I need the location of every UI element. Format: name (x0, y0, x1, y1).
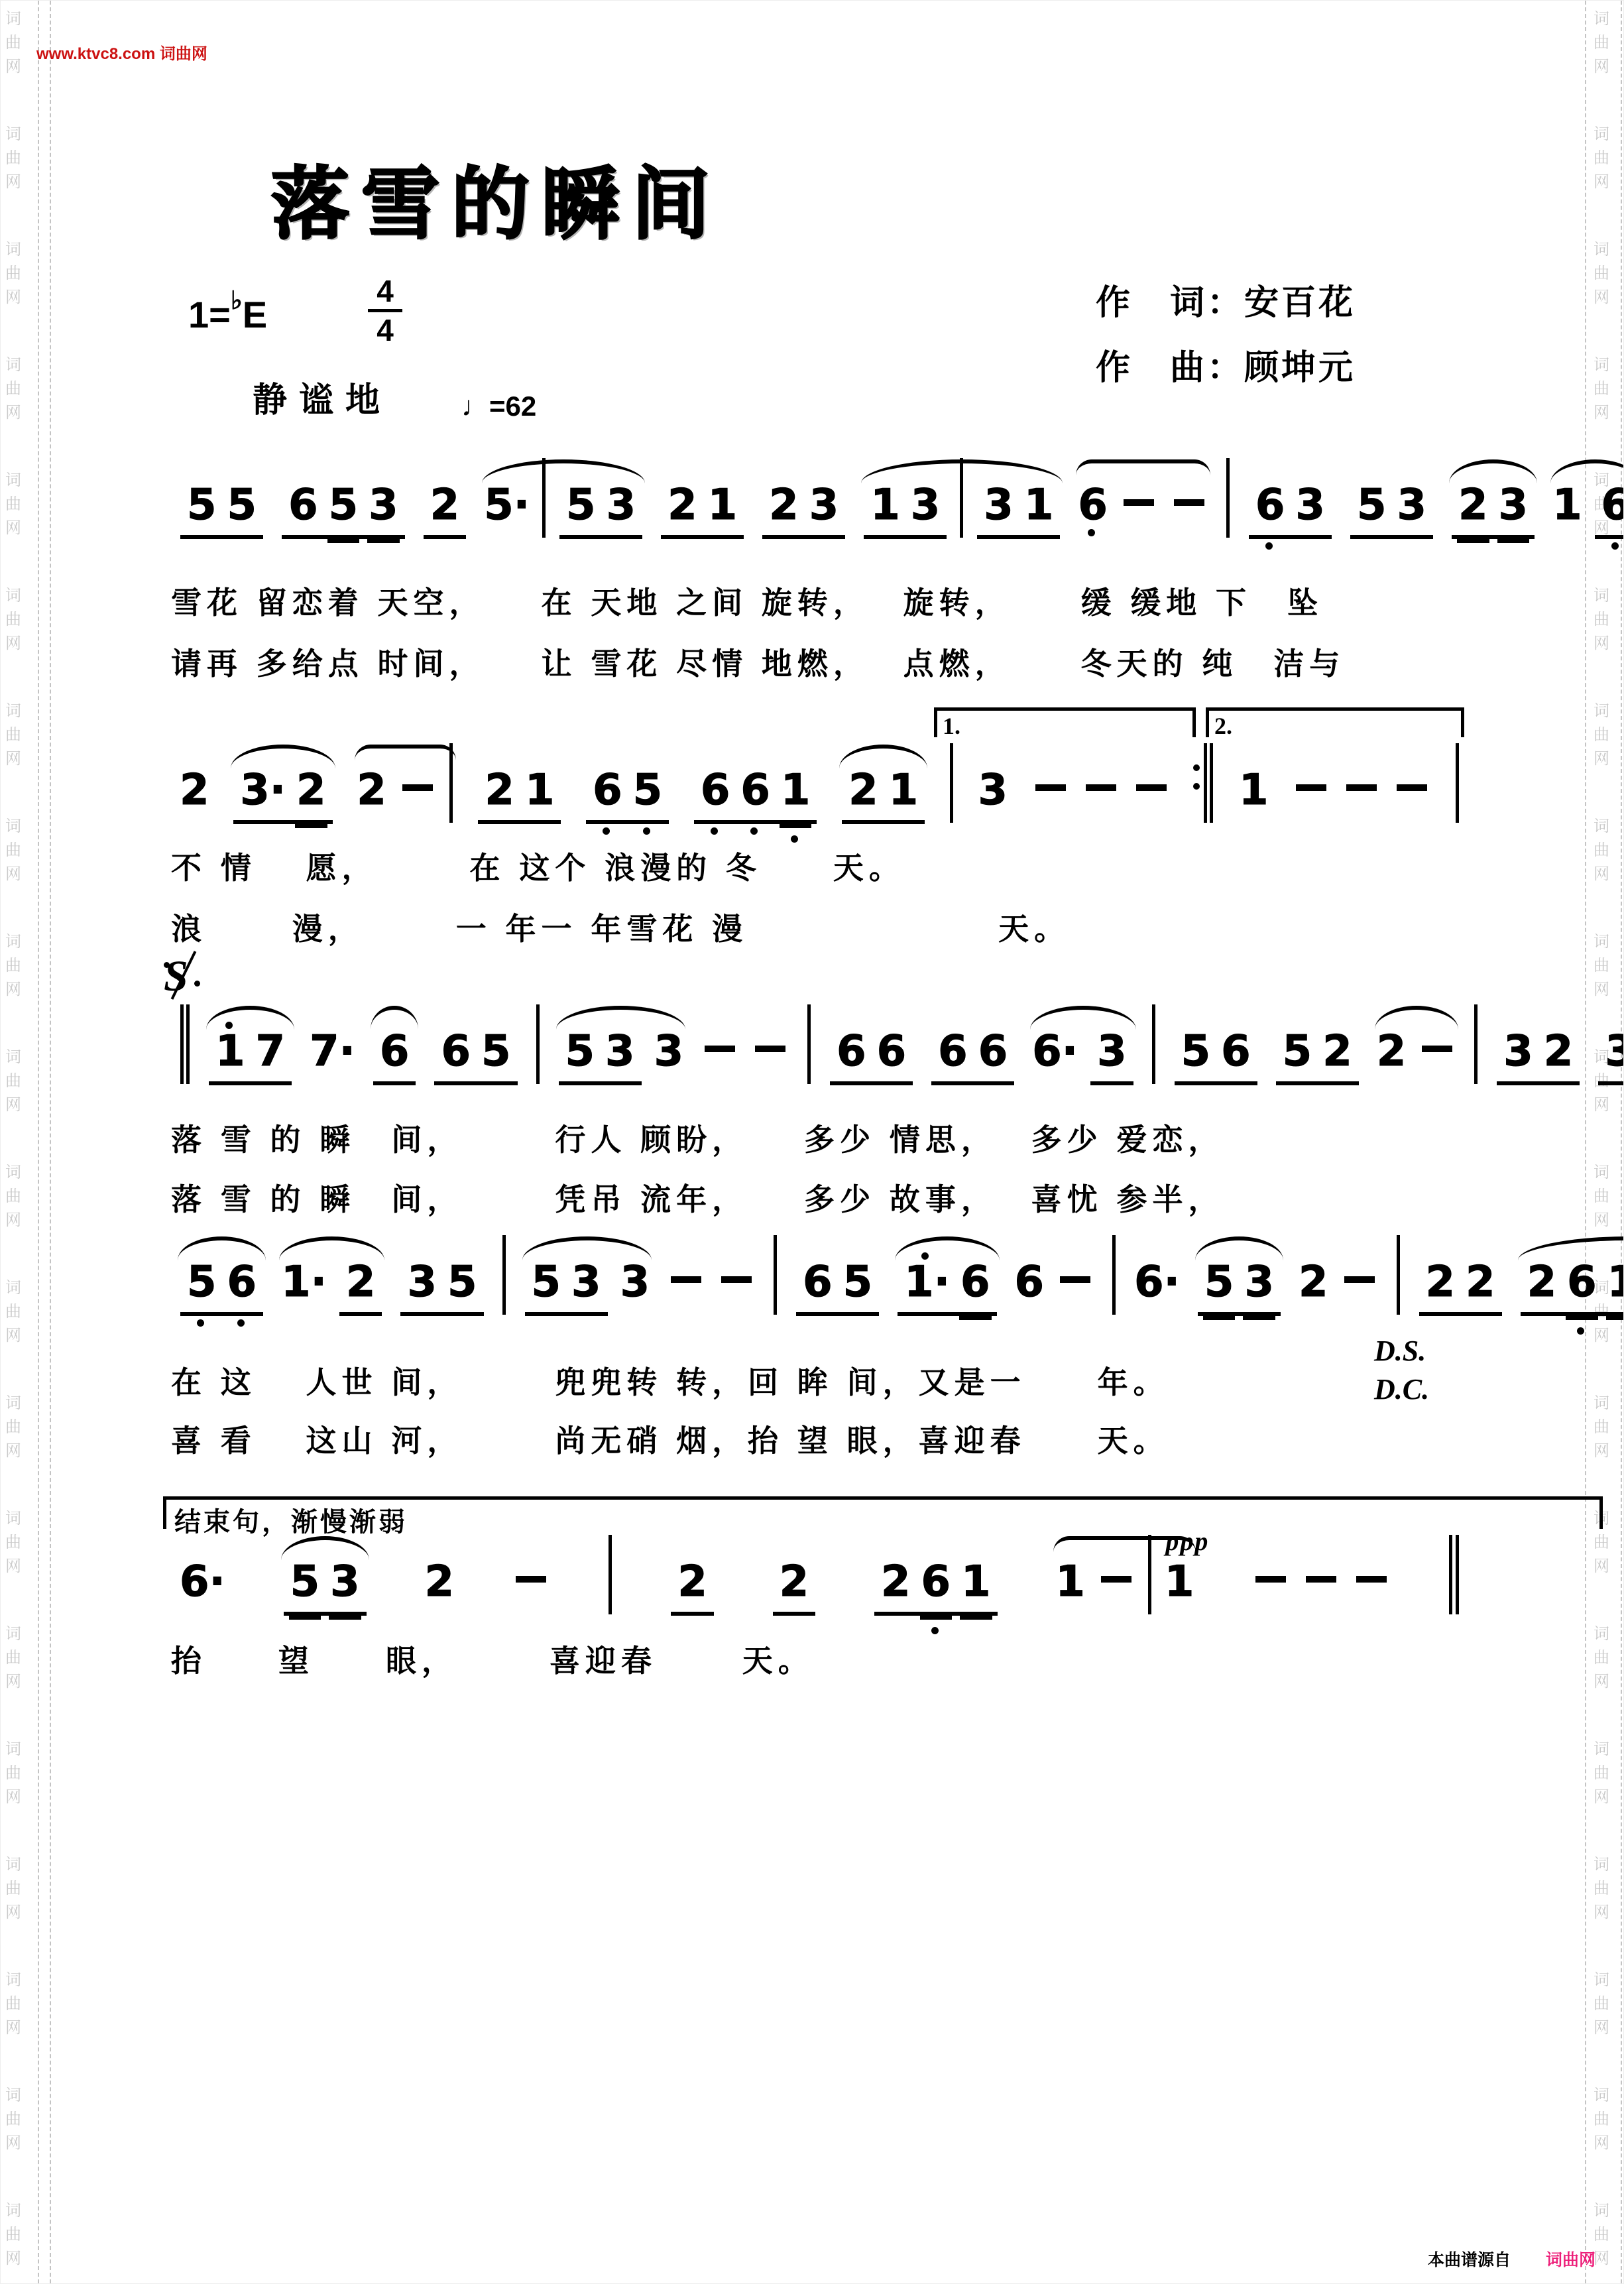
music-line-5: 6·53222261ppp11 (171, 1560, 1469, 1616)
note-group: 2 (766, 1560, 823, 1616)
slur-arc (556, 1006, 686, 1030)
barline-single (542, 516, 546, 519)
note: 2 (780, 1560, 809, 1604)
barline-single (1112, 1293, 1116, 1296)
note: 5 (481, 1030, 511, 1073)
note-group: 35 (1592, 1030, 1624, 1085)
slur-arc (206, 1006, 294, 1030)
barline-single (774, 1293, 778, 1296)
lyrics-line-2-verse-1: 不 情 愿， 在 这个 浪漫的 冬 天。 (171, 844, 1576, 888)
slur-arc (281, 1536, 369, 1560)
watermark-group: 词曲网 (5, 1392, 21, 1463)
beam-cluster: 21 (842, 768, 925, 824)
watermark-char: 曲 (1594, 2223, 1609, 2247)
note-group: 5·53 (478, 483, 649, 539)
note: 5 (187, 483, 217, 527)
watermark-char: 词 (5, 1968, 21, 1992)
watermark-group: 词曲网 (5, 123, 21, 194)
watermark-char: 曲 (5, 608, 21, 632)
note: 3 (809, 483, 839, 527)
beam-cluster: 661 (694, 768, 817, 824)
note-group: 1 (1233, 768, 1275, 812)
watermark-char: 词 (5, 584, 21, 608)
watermark-char: 网 (5, 1209, 21, 1232)
watermark-group: 词曲网 (5, 1161, 21, 1232)
beam-cluster: 56 (1175, 1030, 1257, 1085)
duration-dash (402, 803, 433, 804)
key-signature: 1=♭E (188, 286, 267, 336)
barline-single (950, 802, 954, 804)
watermark-char: 网 (1594, 1439, 1609, 1463)
sixteenth-beam (1457, 539, 1489, 543)
watermark-group: 词曲网 (1594, 584, 1609, 656)
note: 2 (1377, 1030, 1407, 1073)
note: 3 (1097, 1030, 1127, 1073)
note-group: 23 (756, 483, 852, 539)
note: 3 (607, 483, 636, 527)
key-prefix: 1= (188, 294, 231, 335)
barline-final (1449, 1593, 1460, 1596)
watermark-group: 词曲网 (5, 353, 21, 425)
note: 3 (1397, 483, 1426, 527)
note: 2 (424, 1560, 454, 1604)
watermark-char: 曲 (1594, 1762, 1609, 1785)
note: 2 (485, 768, 514, 812)
watermark-char: 词 (5, 1507, 21, 1531)
watermark-char: 曲 (1594, 1992, 1609, 2016)
beam-cluster: 653 (282, 483, 405, 539)
footer-attribution: 本曲谱源自 词曲网 (1428, 2247, 1595, 2271)
note: 6· (1032, 1030, 1078, 1073)
watermark-char: 网 (5, 978, 21, 1002)
watermark-group: 词曲网 (1594, 353, 1609, 425)
watermark-column-right: 词曲网词曲网词曲网词曲网词曲网词曲网词曲网词曲网词曲网词曲网词曲网词曲网词曲网词… (1590, 7, 1613, 2283)
watermark-group: 词曲网 (5, 2084, 21, 2155)
note-group: 2 (1371, 1030, 1463, 1073)
note-group (530, 1063, 547, 1065)
slur-arc (522, 1236, 652, 1260)
beam-cluster: 2 (773, 1560, 816, 1616)
watermark-char: 网 (5, 1555, 21, 1579)
watermark-char: 词 (5, 699, 21, 723)
sheet-music-page: 词曲网词曲网词曲网词曲网词曲网词曲网词曲网词曲网词曲网词曲网词曲网词曲网词曲网词… (0, 0, 1624, 2284)
note-group: 63 (1242, 483, 1338, 539)
sixteenth-beam (920, 1616, 953, 1620)
note-group: 16 (1546, 483, 1624, 539)
watermark-char: 曲 (1594, 839, 1609, 863)
watermark-char: 词 (5, 930, 21, 954)
note-group: 22 (1413, 1260, 1509, 1316)
watermark-char: 曲 (5, 493, 21, 516)
watermark-group: 词曲网 (1594, 699, 1609, 771)
watermark-char: 曲 (5, 1531, 21, 1555)
barline-single (1226, 516, 1230, 519)
octave-dot-below (1577, 1327, 1584, 1335)
sixteenth-beam (1203, 1316, 1236, 1320)
watermark-group: 词曲网 (1594, 815, 1609, 886)
watermark-group: 词曲网 (1594, 238, 1609, 310)
note: 2 (881, 1560, 911, 1604)
segno-icon: S (164, 951, 206, 1002)
sixteenth-beam (367, 539, 400, 543)
barline-single (502, 1293, 506, 1296)
watermark-char: 词 (1594, 1738, 1609, 1762)
watermark-char: 曲 (1594, 723, 1609, 747)
watermark-char: 曲 (1594, 1531, 1609, 1555)
watermark-group: 词曲网 (5, 238, 21, 310)
duration-dash (1060, 1295, 1090, 1296)
beam-cluster: 35 (400, 1260, 483, 1316)
volta-bracket-1: 1. (934, 707, 1196, 737)
watermark-char: 曲 (5, 2223, 21, 2247)
octave-dot-above (921, 1252, 929, 1260)
watermark-char: 词 (1594, 2199, 1609, 2223)
note: 2 (180, 768, 209, 812)
note: 2 (667, 483, 697, 527)
duration-dash (1174, 518, 1204, 519)
note: 6 (593, 768, 622, 812)
slur-arc (1449, 459, 1537, 483)
note: 6 (877, 1030, 907, 1073)
music-line-3: 177·66553366666·35652232355 (171, 1030, 1469, 1085)
watermark-group: 词曲网 (1594, 1622, 1609, 1694)
note-group: ppp11 (1049, 1560, 1200, 1604)
octave-dot-below (1611, 542, 1619, 550)
note: 3 (978, 768, 1008, 812)
watermark-char: 网 (5, 55, 21, 79)
sixteenth-beam (329, 1616, 361, 1620)
note: 2 (677, 1560, 707, 1604)
note-group: 2 (174, 768, 215, 812)
watermark-char: 词 (5, 7, 21, 31)
beam-cluster: 65 (586, 768, 669, 824)
note-group: 3·2 (227, 768, 339, 824)
note-group: 65 (428, 1030, 524, 1085)
note: 3 (1295, 483, 1325, 527)
note: 3 (620, 1260, 650, 1304)
note: 1 (889, 768, 919, 812)
note-group: 55 (174, 483, 270, 539)
watermark-char: 曲 (5, 1877, 21, 1901)
note: 5 (227, 483, 257, 527)
note: 6 (227, 1260, 257, 1304)
beam-cluster: 63 (1249, 483, 1332, 539)
note: 5 (1204, 1260, 1234, 1304)
beam-cluster: 261 (874, 1560, 998, 1616)
beam-cluster: 31 (977, 483, 1060, 539)
watermark-group: 词曲网 (1594, 1853, 1609, 1925)
duration-dash (671, 1295, 701, 1296)
duration-dash (1397, 803, 1427, 804)
watermark-group: 词曲网 (5, 815, 21, 886)
watermark-char: 网 (1594, 1324, 1609, 1348)
watermark-group: 词曲网 (1594, 2199, 1609, 2271)
note-group: 2 (418, 1560, 460, 1604)
note-group (695, 1064, 795, 1065)
watermark-group: 词曲网 (5, 1738, 21, 1809)
margin-divider (1621, 1, 1622, 2283)
note: 6 (938, 1030, 968, 1073)
beam-cluster: 32 (1497, 1030, 1580, 1085)
note: 5 (565, 1030, 595, 1073)
watermark-char: 网 (5, 401, 21, 425)
slur-arc (1518, 1236, 1624, 1260)
note: 6 (441, 1030, 471, 1073)
watermark-char: 网 (5, 1670, 21, 1694)
watermark-char: 词 (5, 1161, 21, 1185)
octave-dot-below (603, 827, 610, 835)
note-group: 66 (925, 1030, 1021, 1085)
watermark-char: 曲 (1594, 954, 1609, 978)
note: 1 (1239, 768, 1269, 812)
note: 6 (1601, 483, 1624, 527)
watermark-char: 曲 (5, 1992, 21, 2016)
credits-block: 作 词：安百花 作 曲：顾坤元 (1096, 271, 1356, 401)
barline-single (1474, 1063, 1478, 1065)
watermark-char: 网 (5, 516, 21, 540)
watermark-char: 词 (1594, 1853, 1609, 1877)
duration-dash (1255, 1594, 1286, 1596)
watermark-char: 网 (5, 632, 21, 656)
beam-cluster: 53 (525, 1260, 608, 1316)
watermark-char: 网 (5, 170, 21, 194)
note-group (1220, 516, 1237, 519)
duration-dash (1086, 803, 1116, 804)
barline-single (449, 802, 453, 804)
beam-cluster: 65 (434, 1030, 517, 1085)
note-group: 1331 (857, 483, 1067, 539)
watermark-char: 曲 (5, 2108, 21, 2132)
watermark-char: 网 (1594, 978, 1609, 1002)
margin-divider (50, 1, 51, 2283)
watermark-char: 词 (1594, 2084, 1609, 2108)
watermark-char: 词 (5, 2084, 21, 2108)
beam-cluster: 23 (1452, 483, 1535, 539)
note-group: 53 (1344, 483, 1440, 539)
note: 5 (532, 1260, 561, 1304)
watermark-char: 曲 (5, 839, 21, 863)
watermark-group: 词曲网 (5, 469, 21, 540)
slur-arc (1375, 1006, 1459, 1030)
note: 2 (1544, 1030, 1574, 1073)
note: 3 (1605, 1030, 1624, 1073)
watermark-group: 词曲网 (5, 584, 21, 656)
note: 2 (346, 1260, 376, 1304)
note: 1 (1552, 483, 1582, 527)
duration-dash (1356, 1594, 1387, 1596)
watermark-char: 词 (1594, 353, 1609, 377)
note: 6 (1078, 483, 1108, 527)
note-group: 6 (1009, 1260, 1101, 1304)
footer-brand: 词曲网 (1546, 2251, 1595, 2269)
note: 2 (1426, 1260, 1456, 1304)
note-group (1442, 1593, 1466, 1596)
note: 2 (1466, 1260, 1495, 1304)
note-group: 2 (664, 1560, 721, 1616)
note: 6 (740, 768, 770, 812)
watermark-char: 词 (5, 123, 21, 147)
note-group: 2 (351, 768, 460, 812)
note-group (496, 1293, 513, 1296)
watermark-char: 曲 (5, 377, 21, 401)
note-group: 21 (471, 768, 567, 824)
note-group: 6· (1128, 1260, 1186, 1304)
duration-dash (1136, 803, 1167, 804)
note: 3· (240, 768, 286, 812)
note: 1 (1165, 1560, 1194, 1604)
watermark-char: 网 (5, 747, 21, 771)
duration-dash (1035, 803, 1066, 804)
footer-text: 本曲谱源自 (1428, 2251, 1511, 2269)
watermark-char: 曲 (5, 1762, 21, 1785)
watermark-char: 曲 (5, 1185, 21, 1209)
octave-dot-below (711, 827, 718, 835)
octave-dot-above (225, 1022, 233, 1029)
watermark-char: 曲 (5, 1646, 21, 1670)
watermark-group: 词曲网 (5, 2199, 21, 2271)
note: 2 (1458, 483, 1488, 527)
note-group (801, 1063, 818, 1065)
duration-dash (721, 1295, 752, 1296)
duration-dash (1124, 518, 1154, 519)
note: 2 (1322, 1030, 1352, 1073)
watermark-char: 曲 (1594, 2108, 1609, 2132)
watermark-char: 词 (5, 469, 21, 493)
watermark-group: 词曲网 (5, 1853, 21, 1925)
watermark-char: 曲 (5, 147, 21, 170)
note: 1 (1055, 1560, 1085, 1604)
barline-double (180, 1063, 190, 1065)
note: 6 (288, 483, 318, 527)
watermark-char: 网 (5, 1324, 21, 1348)
note-group: 53 (1191, 1260, 1287, 1316)
note: 2 (848, 768, 878, 812)
watermark-group: 词曲网 (5, 1046, 21, 1117)
note: 3 (911, 483, 941, 527)
beam-cluster: 23 (762, 483, 845, 539)
sixteenth-beam (959, 1316, 992, 1320)
watermark-char: 网 (5, 2016, 21, 2040)
slur-arc (1550, 459, 1624, 483)
watermark-char: 曲 (5, 954, 21, 978)
watermark-char: 词 (1594, 123, 1609, 147)
slur-arc (482, 459, 645, 483)
volta-label-1: 1. (943, 712, 960, 740)
octave-dot-below (237, 1319, 245, 1327)
watermark-char: 曲 (5, 1300, 21, 1324)
note-group: 2 (1293, 1260, 1385, 1304)
duration-dash (1344, 1295, 1375, 1296)
watermark-char: 曲 (1594, 262, 1609, 286)
note: 5 (447, 1260, 477, 1304)
note: 2 (1527, 1260, 1557, 1304)
watermark-char: 词 (5, 1738, 21, 1762)
watermark-char: 曲 (1594, 1415, 1609, 1439)
watermark-char: 词 (1594, 7, 1609, 31)
note: 5 (1181, 1030, 1211, 1073)
note-group: 1·6 (891, 1260, 1003, 1316)
note-group (174, 1063, 197, 1065)
octave-dot-below (1265, 542, 1273, 550)
watermark-char: 网 (1594, 1785, 1609, 1809)
note-group (1390, 1293, 1407, 1296)
beam-cluster: 53 (1350, 483, 1433, 539)
sixteenth-beam (327, 539, 360, 543)
note: 6 (837, 1030, 866, 1073)
note-group (1468, 1063, 1485, 1065)
watermark-char: 曲 (1594, 31, 1609, 55)
note: 1 (1607, 1260, 1624, 1304)
note-group: 21 (654, 483, 750, 539)
watermark-char: 网 (1594, 863, 1609, 886)
note: 2 (1299, 1260, 1328, 1304)
note-group: 6 (367, 1030, 423, 1085)
watermark-char: 词 (1594, 815, 1609, 839)
watermark-char: 网 (1594, 2132, 1609, 2155)
note-group: 65 (789, 1260, 886, 1316)
octave-dot-below (750, 827, 758, 835)
watermark-char: 网 (5, 1901, 21, 1925)
note: 1 (1024, 483, 1054, 527)
barline-single (536, 1063, 540, 1065)
sixteenth-beam (295, 824, 327, 828)
note: 2 (769, 483, 799, 527)
watermark-group: 词曲网 (5, 930, 21, 1002)
note-group: 17 (202, 1030, 298, 1085)
note: 1 (870, 483, 900, 527)
note-group: 3 (972, 768, 1014, 812)
note-group: 32 (1490, 1030, 1586, 1085)
sixteenth-beam (1243, 1316, 1275, 1320)
duration-dash (1346, 803, 1377, 804)
watermark-char: 网 (5, 1785, 21, 1809)
note-group: 6· (174, 1560, 231, 1604)
ending-label: 结束句，渐慢渐弱 (174, 1501, 408, 1539)
octave-dot-below (931, 1627, 939, 1634)
margin-divider (1585, 1, 1586, 2283)
beam-cluster: 2 (424, 483, 467, 539)
note: 6 (1221, 1030, 1251, 1073)
music-line-1: 5565325·5321231331663532316 (171, 483, 1469, 539)
sixteenth-beam (1606, 1316, 1624, 1320)
watermark-char: 曲 (5, 723, 21, 747)
watermark-char: 网 (5, 1093, 21, 1117)
watermark-char: 词 (1594, 238, 1609, 262)
lyrics-line-4-verse-1: 在 这 人世 间， 兜兜转 转，回 眸 间，又是一 年。 (171, 1358, 1576, 1402)
slur-arc (231, 745, 335, 768)
watermark-char: 曲 (5, 1069, 21, 1093)
note: 6 (960, 1260, 990, 1304)
note: 6 (978, 1030, 1008, 1073)
beam-cluster: 6 (1595, 483, 1624, 539)
watermark-char: 词 (1594, 1622, 1609, 1646)
watermark-char: 网 (1594, 170, 1609, 194)
note-group (1106, 1293, 1123, 1296)
barline-single (1456, 802, 1460, 804)
note-group: 7· (304, 1030, 361, 1073)
watermark-char: 词 (5, 1276, 21, 1300)
watermark-char: 网 (1594, 632, 1609, 656)
note: 6· (1134, 1260, 1180, 1304)
note: 1· (281, 1260, 327, 1304)
beam-cluster: 53 (559, 483, 642, 539)
note-group: 21 (835, 768, 931, 824)
note-group: 56 (1168, 1030, 1264, 1085)
watermark-char: 网 (5, 863, 21, 886)
note-group (1145, 1063, 1163, 1065)
flat-icon: ♭ (231, 287, 243, 315)
watermark-char: 网 (1594, 286, 1609, 310)
